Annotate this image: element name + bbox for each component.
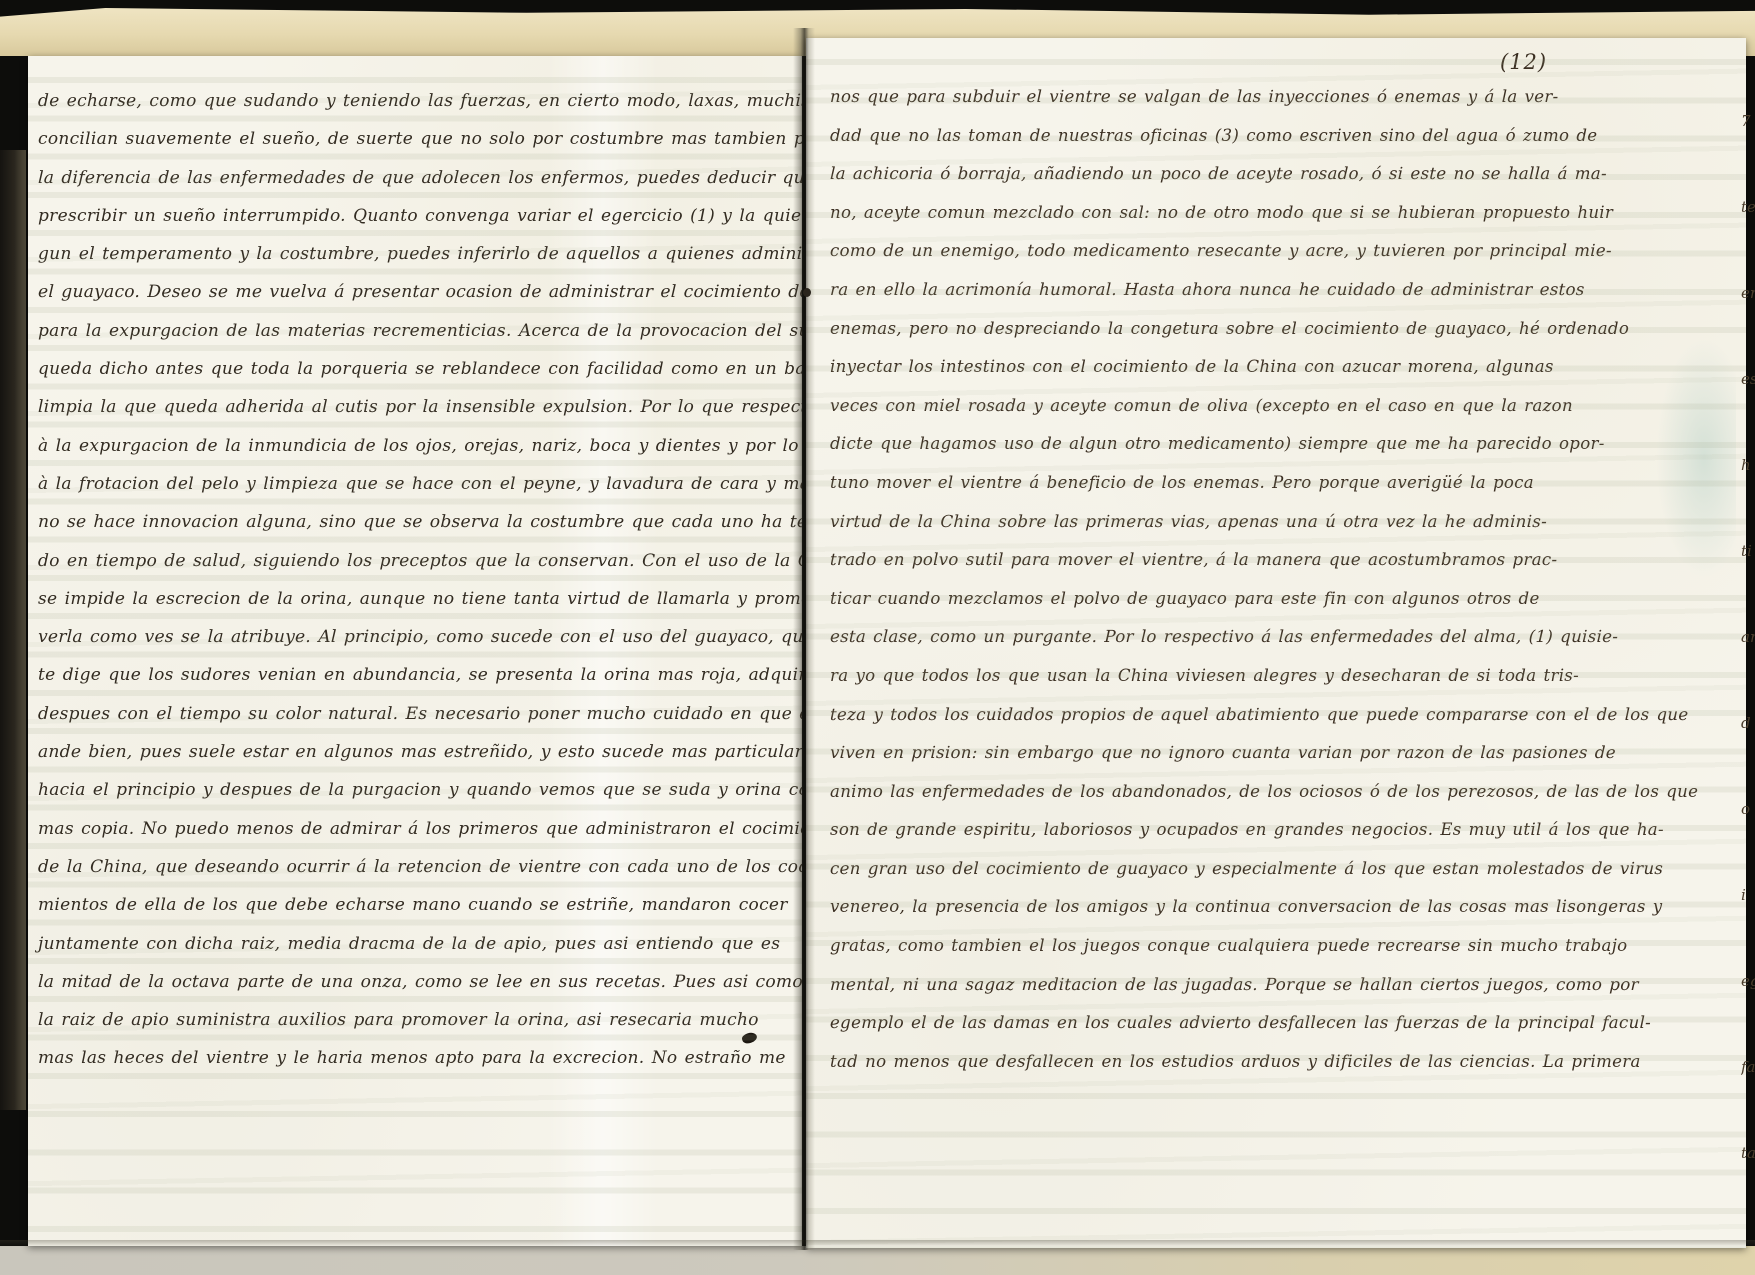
manuscript-line: juntamente con dicha raiz, media dracma … xyxy=(38,925,796,963)
left-page: de echarse, como que sudando y teniendo … xyxy=(28,56,802,1246)
ink-dot xyxy=(803,288,811,297)
manuscript-line: animo las enfermedades de los abandonado… xyxy=(830,773,1570,812)
manuscript-line: limpia la que queda adherida al cutis po… xyxy=(38,388,797,426)
manuscript-line: se impide la escrecion de la orina, aunq… xyxy=(38,580,796,618)
manuscript-line: de la China, que deseando ocurrir á la r… xyxy=(38,848,797,886)
manuscript-line: concilian suavemente el sueño, de suerte… xyxy=(38,120,796,158)
manuscript-line: prescribir un sueño interrumpido. Quanto… xyxy=(38,197,796,235)
page-number: (12) xyxy=(1500,50,1547,74)
manuscript-line: à la frotacion del pelo y limpieza que s… xyxy=(38,465,796,503)
manuscript-line: para la expurgacion de las materias recr… xyxy=(38,312,796,350)
manuscript-line: trado en polvo sutil para mover el vient… xyxy=(830,541,1571,580)
manuscript-line: ticar cuando mezclamos el polvo de guaya… xyxy=(830,580,1570,619)
manuscript-line: cen gran uso del cocimiento de guayaco y… xyxy=(830,850,1571,889)
manuscript-line: enemas, pero no despreciando la congetur… xyxy=(830,310,1570,349)
manuscript-line: à la expurgacion de la inmundicia de los… xyxy=(38,427,796,465)
manuscript-line: esta clase, como un purgante. Por lo res… xyxy=(829,618,1570,657)
next-page-edge-text: 7 te er es h ti an d o i eg fa ta xyxy=(1741,78,1755,1208)
manuscript-line: la achicoria ó borraja, añadiendo un poc… xyxy=(829,155,1570,194)
manuscript-line: tuno mover el vientre á beneficio de los… xyxy=(830,464,1570,503)
manuscript-line: inyectar los intestinos con el cocimient… xyxy=(830,348,1570,387)
manuscript-line: mas las heces del vientre y le haria men… xyxy=(38,1039,796,1077)
manuscript-line: queda dicho antes que toda la porqueria … xyxy=(38,350,796,388)
manuscript-line: como de un enemigo, todo medicamento res… xyxy=(830,232,1571,271)
manuscript-line: virtud de la China sobre las primeras vi… xyxy=(829,503,1570,542)
left-page-text: de echarse, como que sudando y teniendo … xyxy=(38,82,796,1078)
bottom-edge-band xyxy=(0,1246,1755,1275)
manuscript-line: te dige que los sudores venian en abunda… xyxy=(38,656,796,694)
right-page: (12) nos que para subduir el vientre se … xyxy=(806,38,1746,1248)
manuscript-line: son de grande espiritu, laboriosos y ocu… xyxy=(830,811,1570,850)
manuscript-line: hacia el principio y despues de la purga… xyxy=(38,771,796,809)
manuscript-line: egemplo el de las damas en los cuales ad… xyxy=(830,1004,1571,1043)
manuscript-line: gun el temperamento y la costumbre, pued… xyxy=(38,235,797,273)
right-page-text: nos que para subduir el vientre se valga… xyxy=(830,78,1570,1081)
manuscript-line: ra en ello la acrimonía humoral. Hasta a… xyxy=(829,271,1570,310)
manuscript-line: tad no menos que desfallecen en los estu… xyxy=(830,1043,1570,1082)
manuscript-line: el guayaco. Deseo se me vuelva á present… xyxy=(37,273,796,311)
manuscript-line: veces con miel rosada y aceyte comun de … xyxy=(830,387,1571,426)
left-torn-edge xyxy=(0,150,26,1110)
manuscript-line: la diferencia de las enfermedades de que… xyxy=(37,159,796,197)
manuscript-line: mental, ni una sagaz meditacion de las j… xyxy=(829,966,1570,1005)
manuscript-line: viven en prision: sin embargo que no ign… xyxy=(829,734,1570,773)
manuscript-line: la mitad de la octava parte de una onza,… xyxy=(37,963,796,1001)
manuscript-line: mas copia. No puedo menos de admirar á l… xyxy=(38,810,796,848)
manuscript-line: de echarse, como que sudando y teniendo … xyxy=(38,82,797,120)
manuscript-line: ande bien, pues suele estar en algunos m… xyxy=(37,733,796,771)
manuscript-line: dicte que hagamos uso de algun otro medi… xyxy=(830,425,1570,464)
manuscript-line: despues con el tiempo su color natural. … xyxy=(38,695,797,733)
manuscript-line: no se hace innovacion alguna, sino que s… xyxy=(37,503,796,541)
manuscript-line: venereo, la presencia de los amigos y la… xyxy=(830,888,1570,927)
manuscript-line: no, aceyte comun mezclado con sal: no de… xyxy=(830,194,1570,233)
manuscript-line: teza y todos los cuidados propios de aqu… xyxy=(830,696,1571,735)
manuscript-line: mientos de ella de los que debe echarse … xyxy=(38,886,796,924)
manuscript-line: gratas, como tambien el los juegos conqu… xyxy=(830,927,1570,966)
book-gutter xyxy=(793,28,815,1250)
manuscript-line: nos que para subduir el vientre se valga… xyxy=(830,78,1571,117)
manuscript-scan: de echarse, como que sudando y teniendo … xyxy=(0,0,1755,1275)
bottom-page-shadow xyxy=(0,1240,1755,1247)
manuscript-line: verla como ves se la atribuye. Al princi… xyxy=(37,618,796,656)
manuscript-line: do en tiempo de salud, siguiendo los pre… xyxy=(38,542,797,580)
manuscript-line: ra yo que todos los que usan la China vi… xyxy=(830,657,1570,696)
manuscript-line: la raiz de apio suministra auxilios para… xyxy=(38,1001,797,1039)
manuscript-line: dad que no las toman de nuestras oficina… xyxy=(830,117,1570,156)
